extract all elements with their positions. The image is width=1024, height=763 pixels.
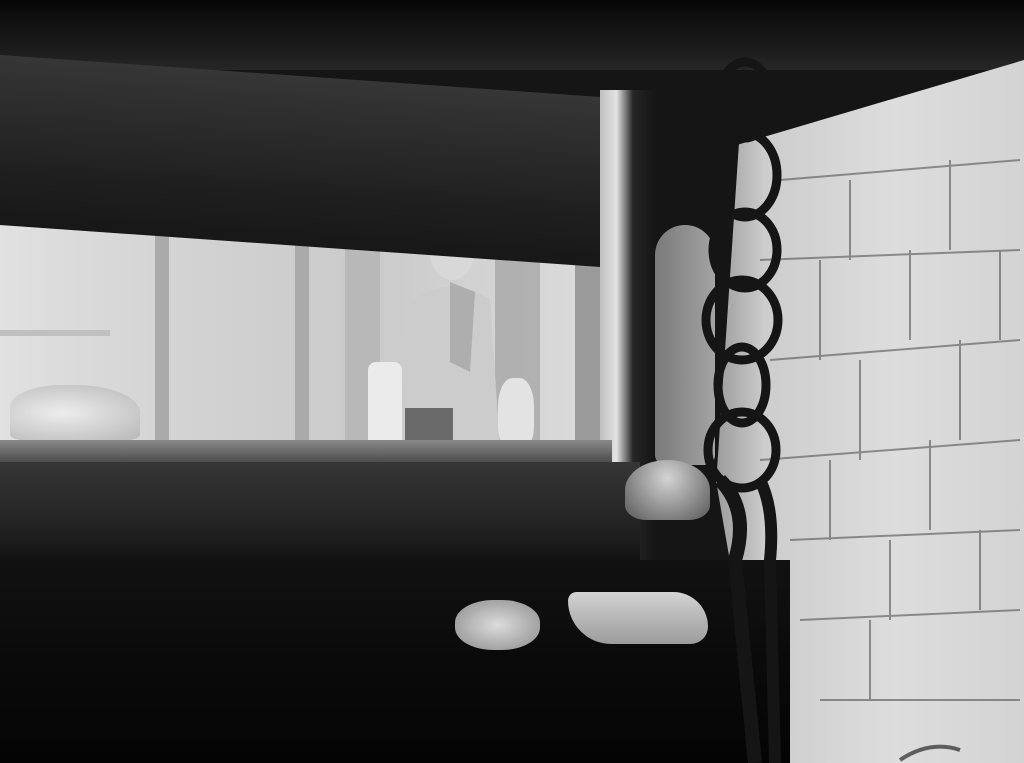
cloth-pile [10, 385, 140, 440]
window-ledge [0, 440, 612, 464]
wooden-bench [0, 462, 640, 572]
bottle [368, 362, 402, 448]
hanging-chain [660, 40, 820, 763]
photograph [0, 0, 1024, 763]
cloth-bundle [455, 600, 540, 650]
shelf [0, 330, 110, 336]
bottle [498, 378, 534, 448]
